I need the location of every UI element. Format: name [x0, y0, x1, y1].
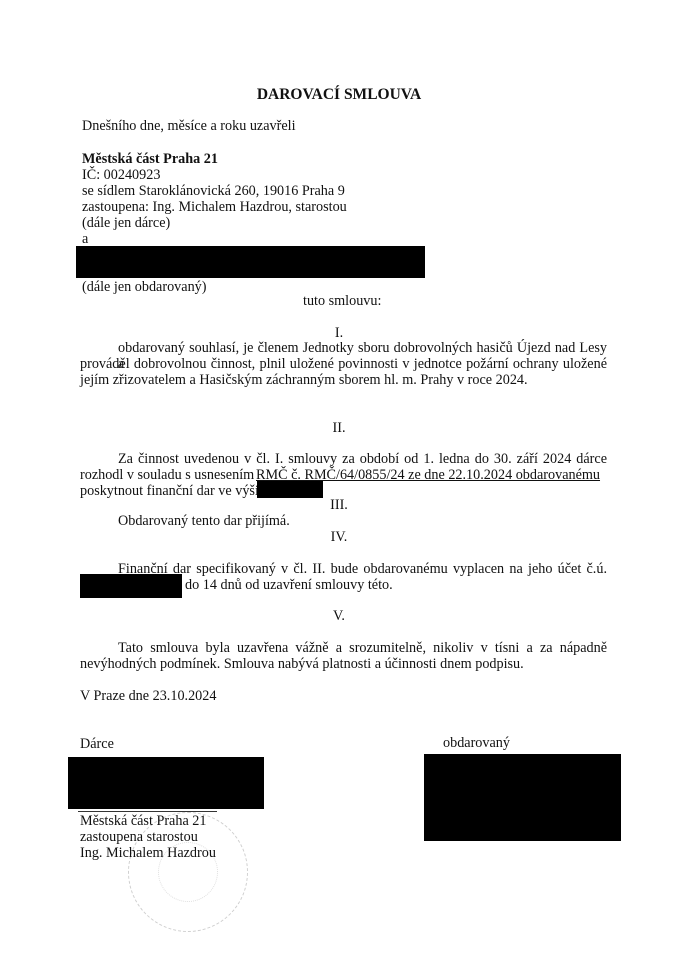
donor-sign-person: Ing. Michalem Hazdrou	[80, 845, 216, 861]
article-4-line-1: Finanční dar specifikovaný v čl. II. bud…	[118, 561, 607, 577]
place-date: V Praze dne 23.10.2024	[80, 688, 216, 704]
amount-redaction	[257, 481, 323, 498]
article-4-line-2: do 14 dnů od uzavření smlouvy této.	[185, 577, 393, 593]
and-word: a	[82, 231, 88, 247]
article-1-number: I.	[0, 325, 678, 341]
donor-alias: (dále jen dárce)	[82, 215, 170, 231]
article-2-line-2a: rozhodl v souladu s usnesením	[80, 467, 254, 483]
document-title: DAROVACÍ SMLOUVA	[0, 86, 678, 104]
recipient-name-redaction	[76, 246, 425, 278]
donor-sign-name: Městská část Praha 21	[80, 813, 206, 829]
recipient-signature-label: obdarovaný	[443, 735, 510, 751]
article-3-number: III.	[0, 497, 678, 513]
recipient-alias: (dále jen obdarovaný)	[82, 279, 206, 295]
article-3-line-1: Obdarovaný tento dar přijímá.	[118, 513, 290, 529]
article-5-line-2: nevýhodných podmínek. Smlouva nabývá pla…	[80, 656, 524, 672]
account-number-redaction	[80, 574, 182, 598]
donor-represented: zastoupena: Ing. Michalem Hazdrou, staro…	[82, 199, 347, 215]
article-5-number: V.	[0, 608, 678, 624]
article-2-number: II.	[0, 420, 678, 436]
donor-sign-represented: zastoupena starostou	[80, 829, 198, 845]
article-1-line-2: prováděl dobrovolnou činnost, plnil ulož…	[80, 356, 607, 372]
donor-ic: IČ: 00240923	[82, 167, 160, 183]
recipient-signature-redaction	[424, 754, 621, 841]
contract-word: tuto smlouvu:	[303, 293, 381, 309]
intro-text: Dnešního dne, měsíce a roku uzavřeli	[82, 118, 296, 134]
donor-signature-redaction	[68, 757, 264, 809]
donor-seat: se sídlem Staroklánovická 260, 19016 Pra…	[82, 183, 345, 199]
article-2-line-1: Za činnost uvedenou v čl. I. smlouvy za …	[118, 451, 607, 467]
article-4-number: IV.	[0, 529, 678, 545]
donor-name: Městská část Praha 21	[82, 151, 218, 167]
article-1-line-3: jejím zřizovatelem a Hasičským záchranný…	[80, 372, 528, 388]
donor-signature-label: Dárce	[80, 736, 114, 752]
article-5-line-1: Tato smlouva byla uzavřena vážně a srozu…	[118, 640, 607, 656]
